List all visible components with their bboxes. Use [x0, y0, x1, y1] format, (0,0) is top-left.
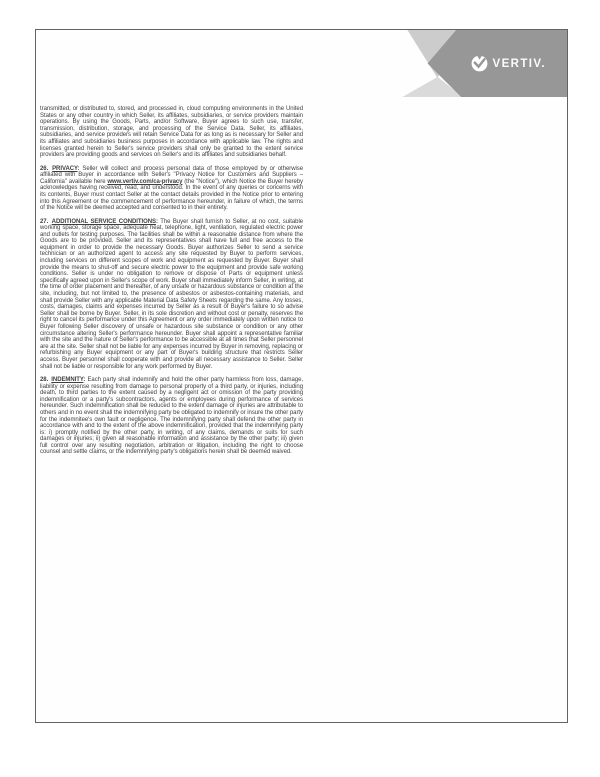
vertiv-brand-banner: VERTIV.	[399, 30, 567, 97]
terms-text-column: transmitted, or distributed to, stored, …	[40, 106, 303, 463]
clause-continuation-service-data: transmitted, or distributed to, stored, …	[40, 106, 303, 159]
clause-26-privacy: 26. PRIVACY: Seller will collect and pro…	[40, 166, 303, 212]
clause-27-body: The Buyer shall furnish to Seller, at no…	[40, 219, 303, 370]
clause-27-colon: :	[156, 219, 158, 225]
clause-26-number: 26.	[40, 166, 49, 172]
document-page: VERTIV. transmitted, or distributed to, …	[35, 29, 568, 723]
vertiv-logo-text: VERTIV.	[493, 58, 546, 70]
vertiv-logo: VERTIV.	[471, 55, 546, 72]
clause-27-heading: ADDITIONAL SERVICE CONDITIONS	[52, 219, 156, 225]
clause-28-heading: INDEMNITY	[51, 377, 83, 383]
clause-27-number: 27.	[40, 219, 49, 225]
clause-26-colon: :	[78, 166, 80, 172]
clause-28-colon: :	[83, 377, 85, 383]
clause-26-heading: PRIVACY	[52, 166, 77, 172]
privacy-notice-link[interactable]: www.vertiv.com/ca-privacy	[107, 179, 182, 185]
clause-28-number: 28.	[40, 377, 49, 383]
clause-28-body: Each party shall indemnify and hold the …	[40, 377, 303, 456]
clause-27-additional-service-conditions: 27. ADDITIONAL SERVICE CONDITIONS: The B…	[40, 219, 303, 371]
clause-28-indemnity: 28. INDEMNITY: Each party shall indemnif…	[40, 377, 303, 456]
vertiv-check-icon	[471, 55, 488, 72]
